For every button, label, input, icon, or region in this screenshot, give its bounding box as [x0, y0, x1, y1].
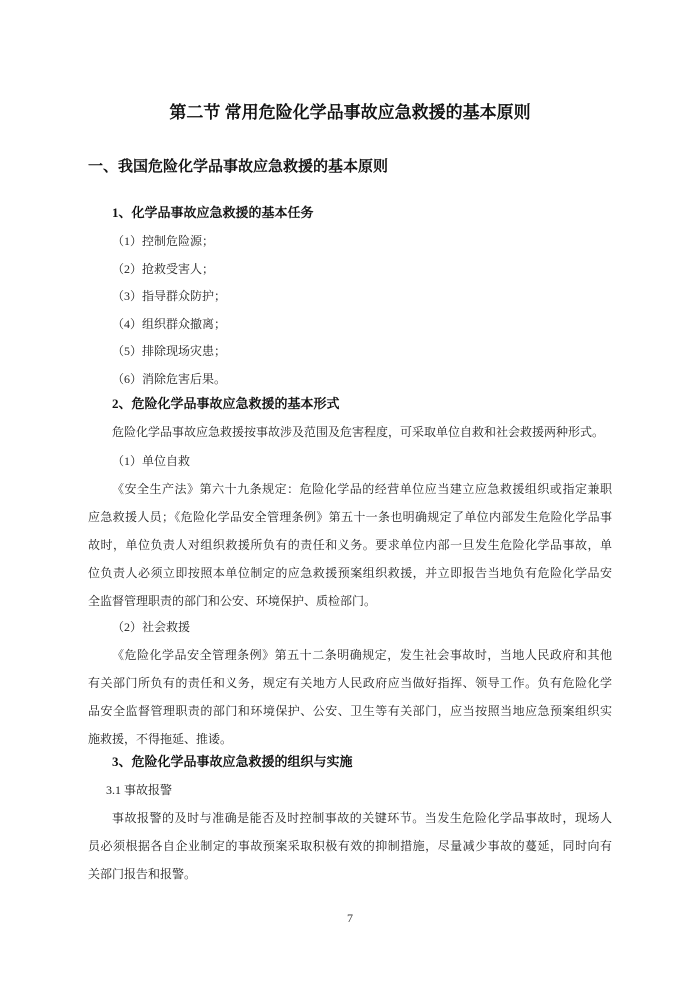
subheading-basic-forms: 2、危险化学品事故应急救援的基本形式 — [88, 390, 612, 418]
text-line: 事故报警的及时与准确是能否及时控制事故的关键环节。当发生危险化学品事故时，现场人 — [88, 804, 612, 832]
text-line: 应急救援人员；《危险化学品安全管理条例》第五十一条也明确规定了单位内部发生危险化… — [88, 503, 612, 531]
accident-alarm-paragraph: 事故报警的及时与准确是能否及时控制事故的关键环节。当发生危险化学品事故时，现场人… — [88, 804, 612, 888]
task-list: （1）控制危险源；（2）抢救受害人；（3）指导群众防护；（4）组织群众撤离；（5… — [88, 228, 612, 394]
text-line: （5）排除现场灾患； — [88, 338, 612, 366]
text-line: （1）控制危险源； — [88, 228, 612, 256]
text-line: （2）抢救受害人； — [88, 256, 612, 284]
text-line: 品安全监督管理职责的部门和环境保护、公安、卫生等有关部门，应当按照当地应急预案组… — [88, 697, 612, 725]
document-page: 第二节 常用危险化学品事故应急救援的基本原则 一、我国危险化学品事故应急救援的基… — [0, 0, 700, 989]
text-line: （4）组织群众撤离； — [88, 311, 612, 339]
subheading-organization: 3、危险化学品事故应急救援的组织与实施 — [88, 748, 612, 776]
text-line: 故时，单位负责人对组织救援所负有的责任和义务。要求单位内部一旦发生危险化学品事故… — [88, 531, 612, 559]
page-number: 7 — [0, 910, 700, 926]
section-heading: 一、我国危险化学品事故应急救援的基本原则 — [88, 155, 612, 179]
subheading-basic-tasks: 1、化学品事故应急救援的基本任务 — [88, 199, 612, 227]
text-line: 关部门报告和报警。 — [88, 860, 612, 888]
doc-title: 第二节 常用危险化学品事故应急救援的基本原则 — [0, 101, 700, 125]
unit-self-rescue-heading: （1）单位自救 — [88, 447, 612, 475]
text-line: 《安全生产法》第六十九条规定：危险化学品的经营单位应当建立应急救援组织或指定兼职 — [88, 475, 612, 503]
unit-self-rescue-paragraph: 《安全生产法》第六十九条规定：危险化学品的经营单位应当建立应急救援组织或指定兼职… — [88, 475, 612, 615]
forms-intro-paragraph: 危险化学品事故应急救援按事故涉及范围及危害程度，可采取单位自救和社会救援两种形式… — [88, 418, 612, 446]
text-line: 《危险化学品安全管理条例》第五十二条明确规定，发生社会事故时，当地人民政府和其他 — [88, 641, 612, 669]
social-rescue-heading: （2）社会救援 — [88, 613, 612, 641]
social-rescue-paragraph: 《危险化学品安全管理条例》第五十二条明确规定，发生社会事故时，当地人民政府和其他… — [88, 641, 612, 753]
accident-alarm-heading: 3.1 事故报警 — [88, 776, 612, 804]
text-line: （3）指导群众防护； — [88, 283, 612, 311]
text-line: 危险化学品事故应急救援按事故涉及范围及危害程度，可采取单位自救和社会救援两种形式… — [88, 418, 612, 446]
text-line: 全监督管理职责的部门和公安、环境保护、质检部门。 — [88, 587, 612, 615]
text-line: 有关部门所负有的责任和义务，规定有关地方人民政府应当做好指挥、领导工作。负有危险… — [88, 669, 612, 697]
text-line: 员必须根据各自企业制定的事故预案采取积极有效的抑制措施，尽量减少事故的蔓延，同时… — [88, 832, 612, 860]
text-line: 位负责人必须立即按照本单位制定的应急救援预案组织救援，并立即报告当地负有危险化学… — [88, 559, 612, 587]
